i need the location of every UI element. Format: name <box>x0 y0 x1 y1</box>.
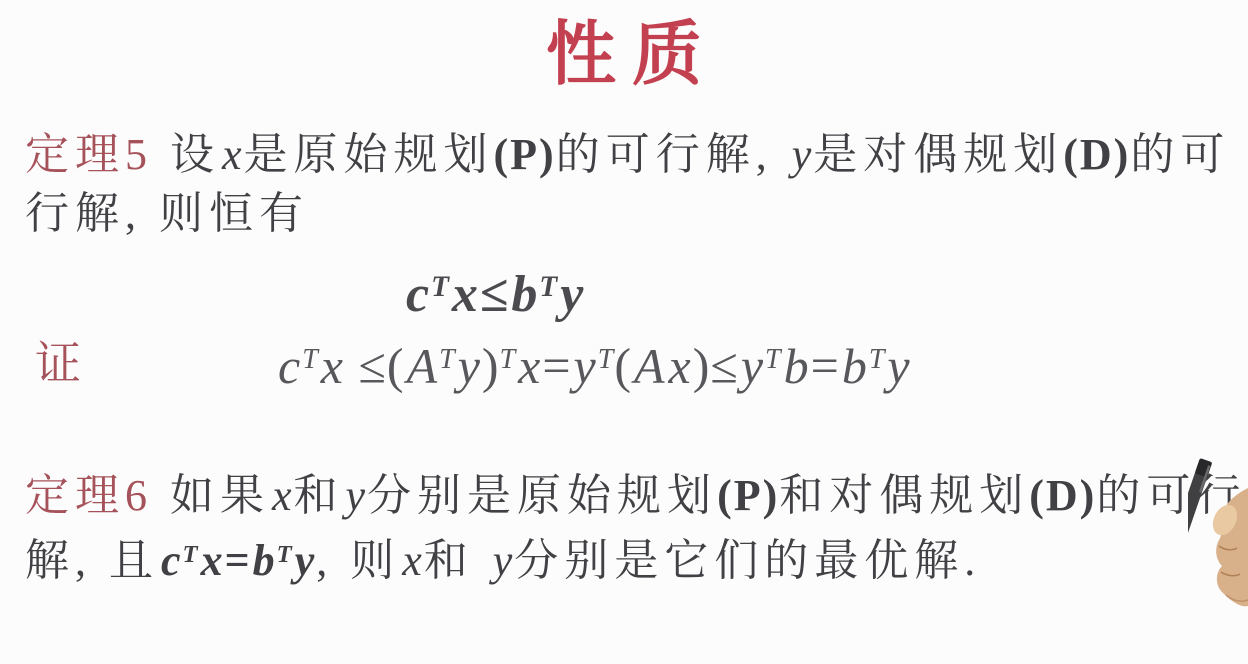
duality-inequality-formula: cTx≤bTy <box>404 256 585 326</box>
hand-holding-pen <box>1188 450 1248 620</box>
theorem6-label: 定理6 <box>25 471 153 520</box>
theorem6-paragraph: 定理6 如果x和y分别是原始规划(P)和对偶规划(D)的可行解, 且cTx=bT… <box>25 466 1246 590</box>
slide: 性质 定理5 设x是原始规划(P)的可行解, y是对偶规划(D)的可行解, 则恒… <box>0 0 1248 664</box>
proof-formula: cTx ≤(ATy)Tx=yT(Ax)≤yTb=bTy <box>276 328 912 398</box>
proof-label: 证 <box>35 336 85 392</box>
hand-shape <box>1208 488 1248 606</box>
theorem5-label: 定理5 <box>25 130 153 179</box>
page-title: 性质 <box>0 10 1248 102</box>
theorem5-paragraph: 定理5 设x是原始规划(P)的可行解, y是对偶规划(D)的可行解, 则恒有 <box>25 125 1230 243</box>
pen-icon <box>1188 458 1212 574</box>
